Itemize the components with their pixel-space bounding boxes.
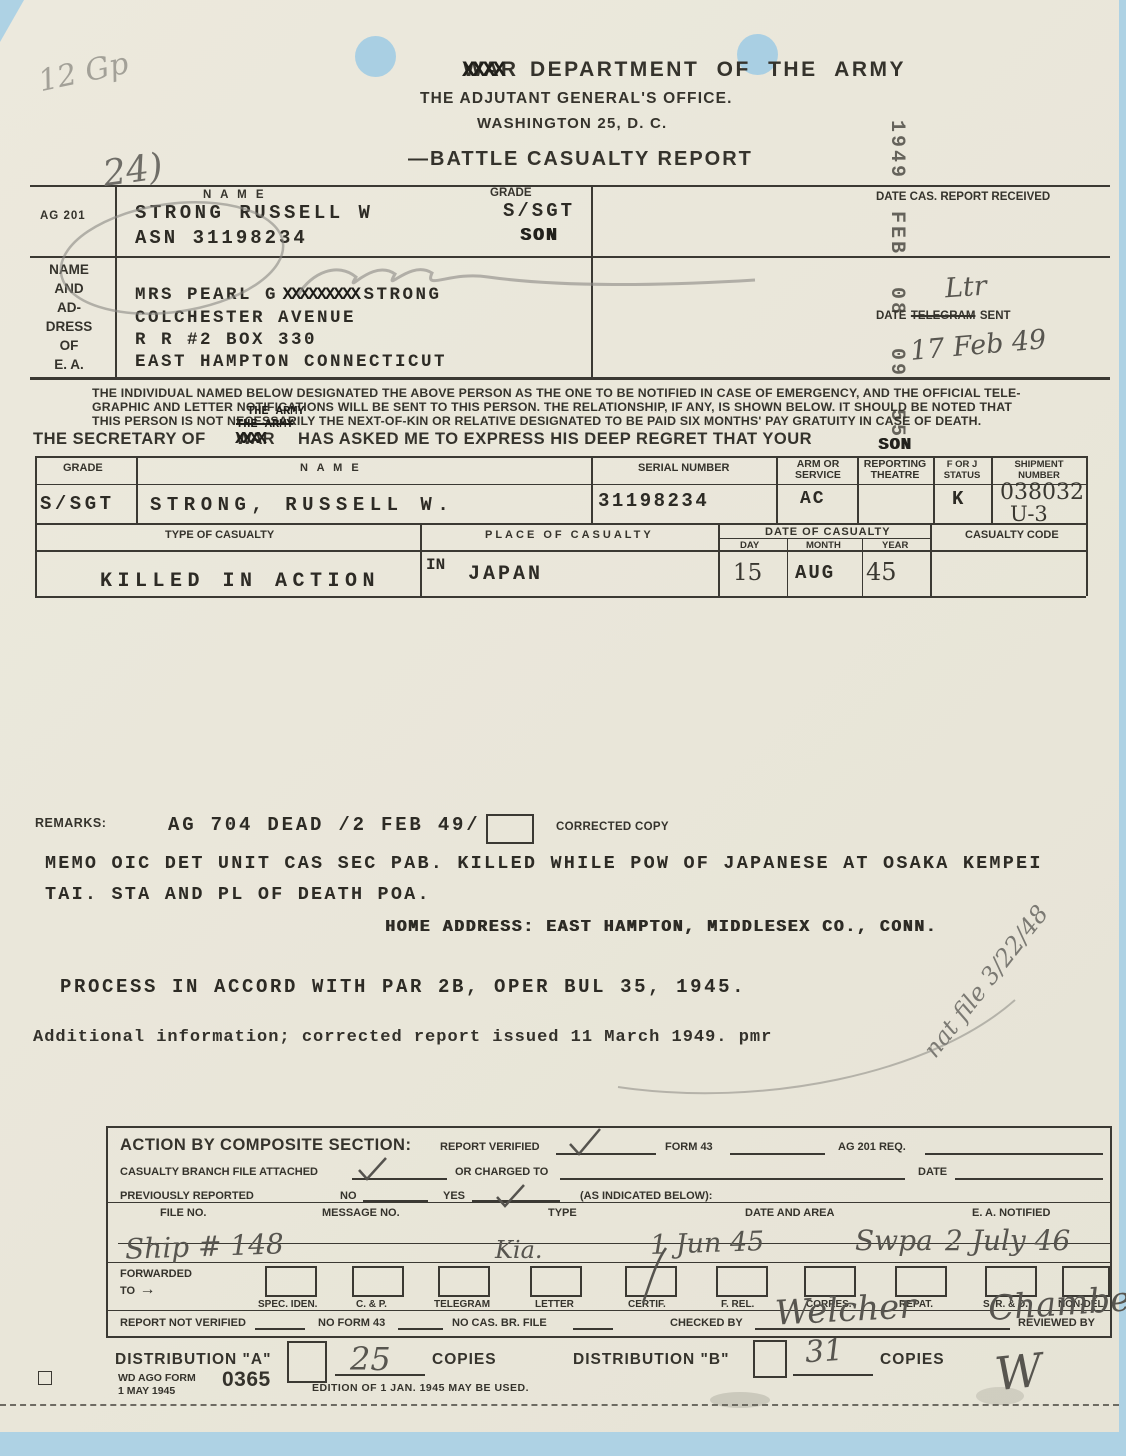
as-indicated-label: (AS INDICATED BELOW): (580, 1190, 712, 1202)
shipment-number-cell-2: U-3 (1010, 502, 1048, 526)
edition-note: EDITION OF 1 JAN. 1945 MAY BE USED. (312, 1382, 529, 1394)
blank-line (925, 1153, 1103, 1155)
rule (35, 596, 1086, 598)
place-in-cell: IN (426, 556, 445, 574)
rule (591, 456, 593, 523)
table-header-code: CASUALTY CODE (965, 529, 1059, 541)
checked-by-signature: Welcher (774, 1286, 916, 1333)
blank-line (793, 1374, 873, 1376)
distribution-a-checkbox (287, 1341, 327, 1383)
rule (933, 456, 935, 523)
rule (35, 456, 37, 596)
rule (930, 523, 932, 596)
distribution-b-count: 31 (804, 1333, 845, 1371)
cb-label-f-rel: F. REL. (721, 1299, 754, 1310)
forward-checkbox-certif (625, 1266, 677, 1297)
ag-file-label: AG 201 (40, 210, 86, 222)
form-id-label-1: WD AGO FORM (118, 1372, 196, 1384)
rule (776, 456, 778, 523)
report-verified-label: REPORT VERIFIED (440, 1141, 540, 1153)
previously-reported-label: PREVIOUSLY REPORTED (120, 1190, 254, 1202)
hole-punch-left (355, 36, 396, 77)
secretary-overtype: THE ARMY (236, 417, 294, 431)
hand-file-no: Ship # 148 (124, 1227, 284, 1266)
notice-line-2: GRAPHIC AND LETTER NOTIFICATIONS WILL BE… (92, 400, 1012, 414)
hand-date: 1 Jun 45 (649, 1226, 764, 1261)
scanned-battle-casualty-report: { "header": { "war": "WAR", "war_x": "XX… (0, 0, 1126, 1456)
table-header-date: DATE OF CASUALTY (765, 526, 891, 538)
struck-name-blot: XXXXXXXXX (282, 285, 359, 305)
table-header-theatre: REPORTING THEATRE (860, 459, 930, 481)
rule (30, 185, 1110, 187)
col-date-area: DATE AND AREA (745, 1207, 834, 1219)
blank-line (955, 1178, 1103, 1180)
remarks-ag-line: AG 704 DEAD /2 FEB 49/ (168, 814, 480, 836)
cb-label-spec-iden: SPEC. IDEN. (258, 1299, 317, 1310)
rule (106, 1310, 1110, 1311)
blank-line (255, 1328, 305, 1330)
table-header-type: TYPE OF CASUALTY (165, 529, 274, 541)
relation-value: SON (520, 226, 558, 246)
copies-b-label: COPIES (880, 1351, 945, 1369)
cb-label-c-and-p: C. & P. (356, 1299, 387, 1310)
forward-checkbox-telegram (438, 1266, 490, 1297)
rule (857, 456, 859, 523)
perforation-line (0, 1404, 1119, 1406)
col-type: TYPE (548, 1207, 577, 1219)
hand-area: Swpa (855, 1224, 933, 1257)
table-header-year: YEAR (882, 540, 908, 551)
hand-type: Kia. (495, 1236, 543, 1264)
secretary-struck-word: WAR XXXX (236, 430, 275, 449)
date-label: DATE (918, 1166, 947, 1178)
serial-cell: 31198234 (598, 490, 709, 512)
casualty-name: STRONG RUSSELL W (135, 202, 373, 224)
secretary-line-pre: THE SECRETARY OF (33, 430, 206, 449)
overtyped-the-army: THE ARMY (247, 404, 305, 418)
ltr-handwritten: Ltr (944, 271, 988, 305)
ag201-req-label: AG 201 REQ. (838, 1141, 906, 1153)
hand-ea-notified: 2 July 46 (945, 1224, 1070, 1257)
forward-checkbox-spec-iden (265, 1266, 317, 1297)
report-title: —BATTLE CASUALTY REPORT (408, 148, 753, 171)
rule (30, 256, 1110, 258)
rule (106, 1202, 1110, 1203)
month-cell: AUG (795, 562, 835, 584)
no-form43-label: NO FORM 43 (318, 1317, 385, 1329)
footer-small-square (38, 1371, 52, 1385)
table-header-place: PLACE OF CASUALTY (485, 529, 654, 541)
table-header-arm: ARM OR SERVICE (786, 459, 850, 481)
blank-line (352, 1178, 447, 1180)
rule (591, 185, 593, 377)
forward-checkbox-f-rel (716, 1266, 768, 1297)
city-line: WASHINGTON 25, D. C. (477, 115, 667, 132)
branch-file-label: CASUALTY BRANCH FILE ATTACHED (120, 1166, 318, 1178)
rule (35, 456, 1086, 458)
ea-name-line: MRS PEARL G XXXXXXXXX STRONG (135, 285, 441, 305)
notice-line-1: THE INDIVIDUAL NAMED BELOW DESIGNATED TH… (92, 386, 1021, 400)
cb-label-telegram: TELEGRAM (434, 1299, 490, 1310)
distribution-b-label: DISTRIBUTION "B" (573, 1351, 729, 1369)
composite-title: ACTION BY COMPOSITE SECTION: (120, 1136, 411, 1155)
blank-line (472, 1200, 560, 1202)
col-ea-notified: E. A. NOTIFIED (972, 1207, 1050, 1219)
ea-address-city: EAST HAMPTON CONNECTICUT (135, 352, 447, 372)
rule (718, 538, 930, 539)
col-message-no: MESSAGE NO. (322, 1207, 400, 1219)
remarks-memo-line-2: TAI. STA AND PL OF DEATH POA. (45, 884, 431, 905)
no-label: NO (340, 1190, 357, 1202)
remarks-label: REMARKS: (35, 816, 106, 830)
forwarded-to-label: FORWARDED TO → (120, 1268, 192, 1299)
rule (35, 484, 1086, 485)
rule (862, 538, 863, 596)
rule (30, 377, 1110, 380)
date-telegram-sent-label: DATE TELEGRAM SENT (876, 306, 1011, 324)
overstrike-x-icon: XXXX (462, 58, 503, 83)
rule (35, 550, 1086, 552)
table-header-month: MONTH (806, 540, 841, 551)
cb-label-letter: LETTER (535, 1299, 574, 1310)
forward-checkbox-c-and-p (352, 1266, 404, 1297)
yes-label: YES (443, 1190, 465, 1202)
office-line: THE ADJUTANT GENERAL'S OFFICE. (420, 90, 733, 108)
blank-line (398, 1328, 443, 1330)
rule (35, 523, 1086, 525)
paper-corner-tear (0, 0, 24, 42)
remarks-memo-line-1: MEMO OIC DET UNIT CAS SEC PAB. KILLED WH… (45, 853, 1043, 874)
hand-w-mark: W (992, 1343, 1045, 1402)
blank-line (560, 1178, 905, 1180)
rule (115, 185, 117, 377)
place-of-casualty-cell: JAPAN (468, 563, 543, 586)
forward-checkbox-letter (530, 1266, 582, 1297)
fj-status-cell: K (952, 488, 963, 510)
name-column-header: N A M E (203, 189, 267, 201)
dept-struck-word: WAR XXXX (463, 58, 518, 82)
form43-label: FORM 43 (665, 1141, 713, 1153)
col-file-no: FILE NO. (160, 1207, 206, 1219)
rule (787, 538, 788, 596)
rule (1086, 456, 1088, 596)
type-of-casualty-cell: KILLED IN ACTION (100, 570, 380, 593)
pencil-name-mark: 24) (100, 146, 165, 195)
grade-cell: S/SGT (40, 493, 115, 515)
blank-line (573, 1328, 613, 1330)
blank-line (730, 1153, 825, 1155)
copies-a-label: COPIES (432, 1351, 497, 1369)
day-cell: 15 (733, 560, 762, 586)
forwarded-arrow-icon: → (140, 1283, 156, 1296)
corrected-copy-checkbox (486, 814, 534, 844)
table-header-fj: F OR J STATUS (937, 459, 987, 481)
secretary-relation: SON (878, 436, 912, 455)
struck-telegram-word: TELEGRAM (911, 310, 976, 322)
or-charged-label: OR CHARGED TO (455, 1166, 548, 1178)
notice-line-3: THIS PERSON IS NOT NECESSARILY THE NEXT-… (92, 414, 981, 428)
checked-by-label: CHECKED BY (670, 1317, 743, 1329)
rule (718, 523, 720, 596)
blank-line (363, 1200, 428, 1202)
form-id-label-2: 1 MAY 1945 (118, 1385, 175, 1397)
table-header-day: DAY (740, 540, 759, 551)
process-line: PROCESS IN ACCORD WITH PAR 2B, OPER BUL … (60, 976, 746, 998)
blank-line (556, 1153, 656, 1155)
no-cas-br-file-label: NO CAS. BR. FILE (452, 1317, 547, 1329)
rule (420, 523, 422, 596)
dept-title: DEPARTMENT OF THE ARMY (530, 58, 906, 82)
ea-name-address-label: NAME AND AD- DRESS OF E. A. (26, 260, 112, 374)
report-not-verified-label: REPORT NOT VERIFIED (120, 1317, 246, 1329)
table-header-serial: SERIAL NUMBER (638, 462, 729, 474)
date-cas-received-label: DATE CAS. REPORT RECEIVED (876, 191, 1050, 203)
casualty-asn: ASN 31198234 (135, 227, 308, 249)
rule (106, 1262, 1110, 1263)
distribution-a-label: DISTRIBUTION "A" (115, 1351, 271, 1369)
form-number: 0365 (222, 1368, 271, 1392)
additional-info-line: Additional information; corrected report… (33, 1028, 772, 1047)
table-header-shipment: SHIPMENT NUMBER (997, 459, 1081, 481)
rule (991, 456, 993, 523)
year-cell: 45 (866, 558, 897, 586)
rule (136, 456, 138, 523)
ea-address-street: COLCHESTER AVENUE (135, 308, 356, 328)
arm-service-cell: AC (800, 489, 826, 509)
overstrike-x-icon: XXXX (235, 430, 264, 449)
distribution-b-checkbox (753, 1340, 787, 1378)
grade-column-header: GRADE (490, 187, 532, 199)
distribution-a-count: 25 (350, 1340, 391, 1378)
name-cell: STRONG, RUSSELL W. (150, 494, 454, 516)
home-address-line: HOME ADDRESS: EAST HAMPTON, MIDDLESEX CO… (385, 917, 937, 936)
ea-address-box: R R #2 BOX 330 (135, 330, 317, 350)
table-header-name: N A M E (300, 462, 362, 474)
corrected-copy-label: CORRECTED COPY (556, 821, 669, 833)
table-header-grade: GRADE (63, 462, 103, 474)
grade-value: S/SGT (503, 200, 575, 222)
secretary-line-post: HAS ASKED ME TO EXPRESS HIS DEEP REGRET … (298, 430, 812, 449)
cb-label-certif: CERTIF. (628, 1299, 666, 1310)
